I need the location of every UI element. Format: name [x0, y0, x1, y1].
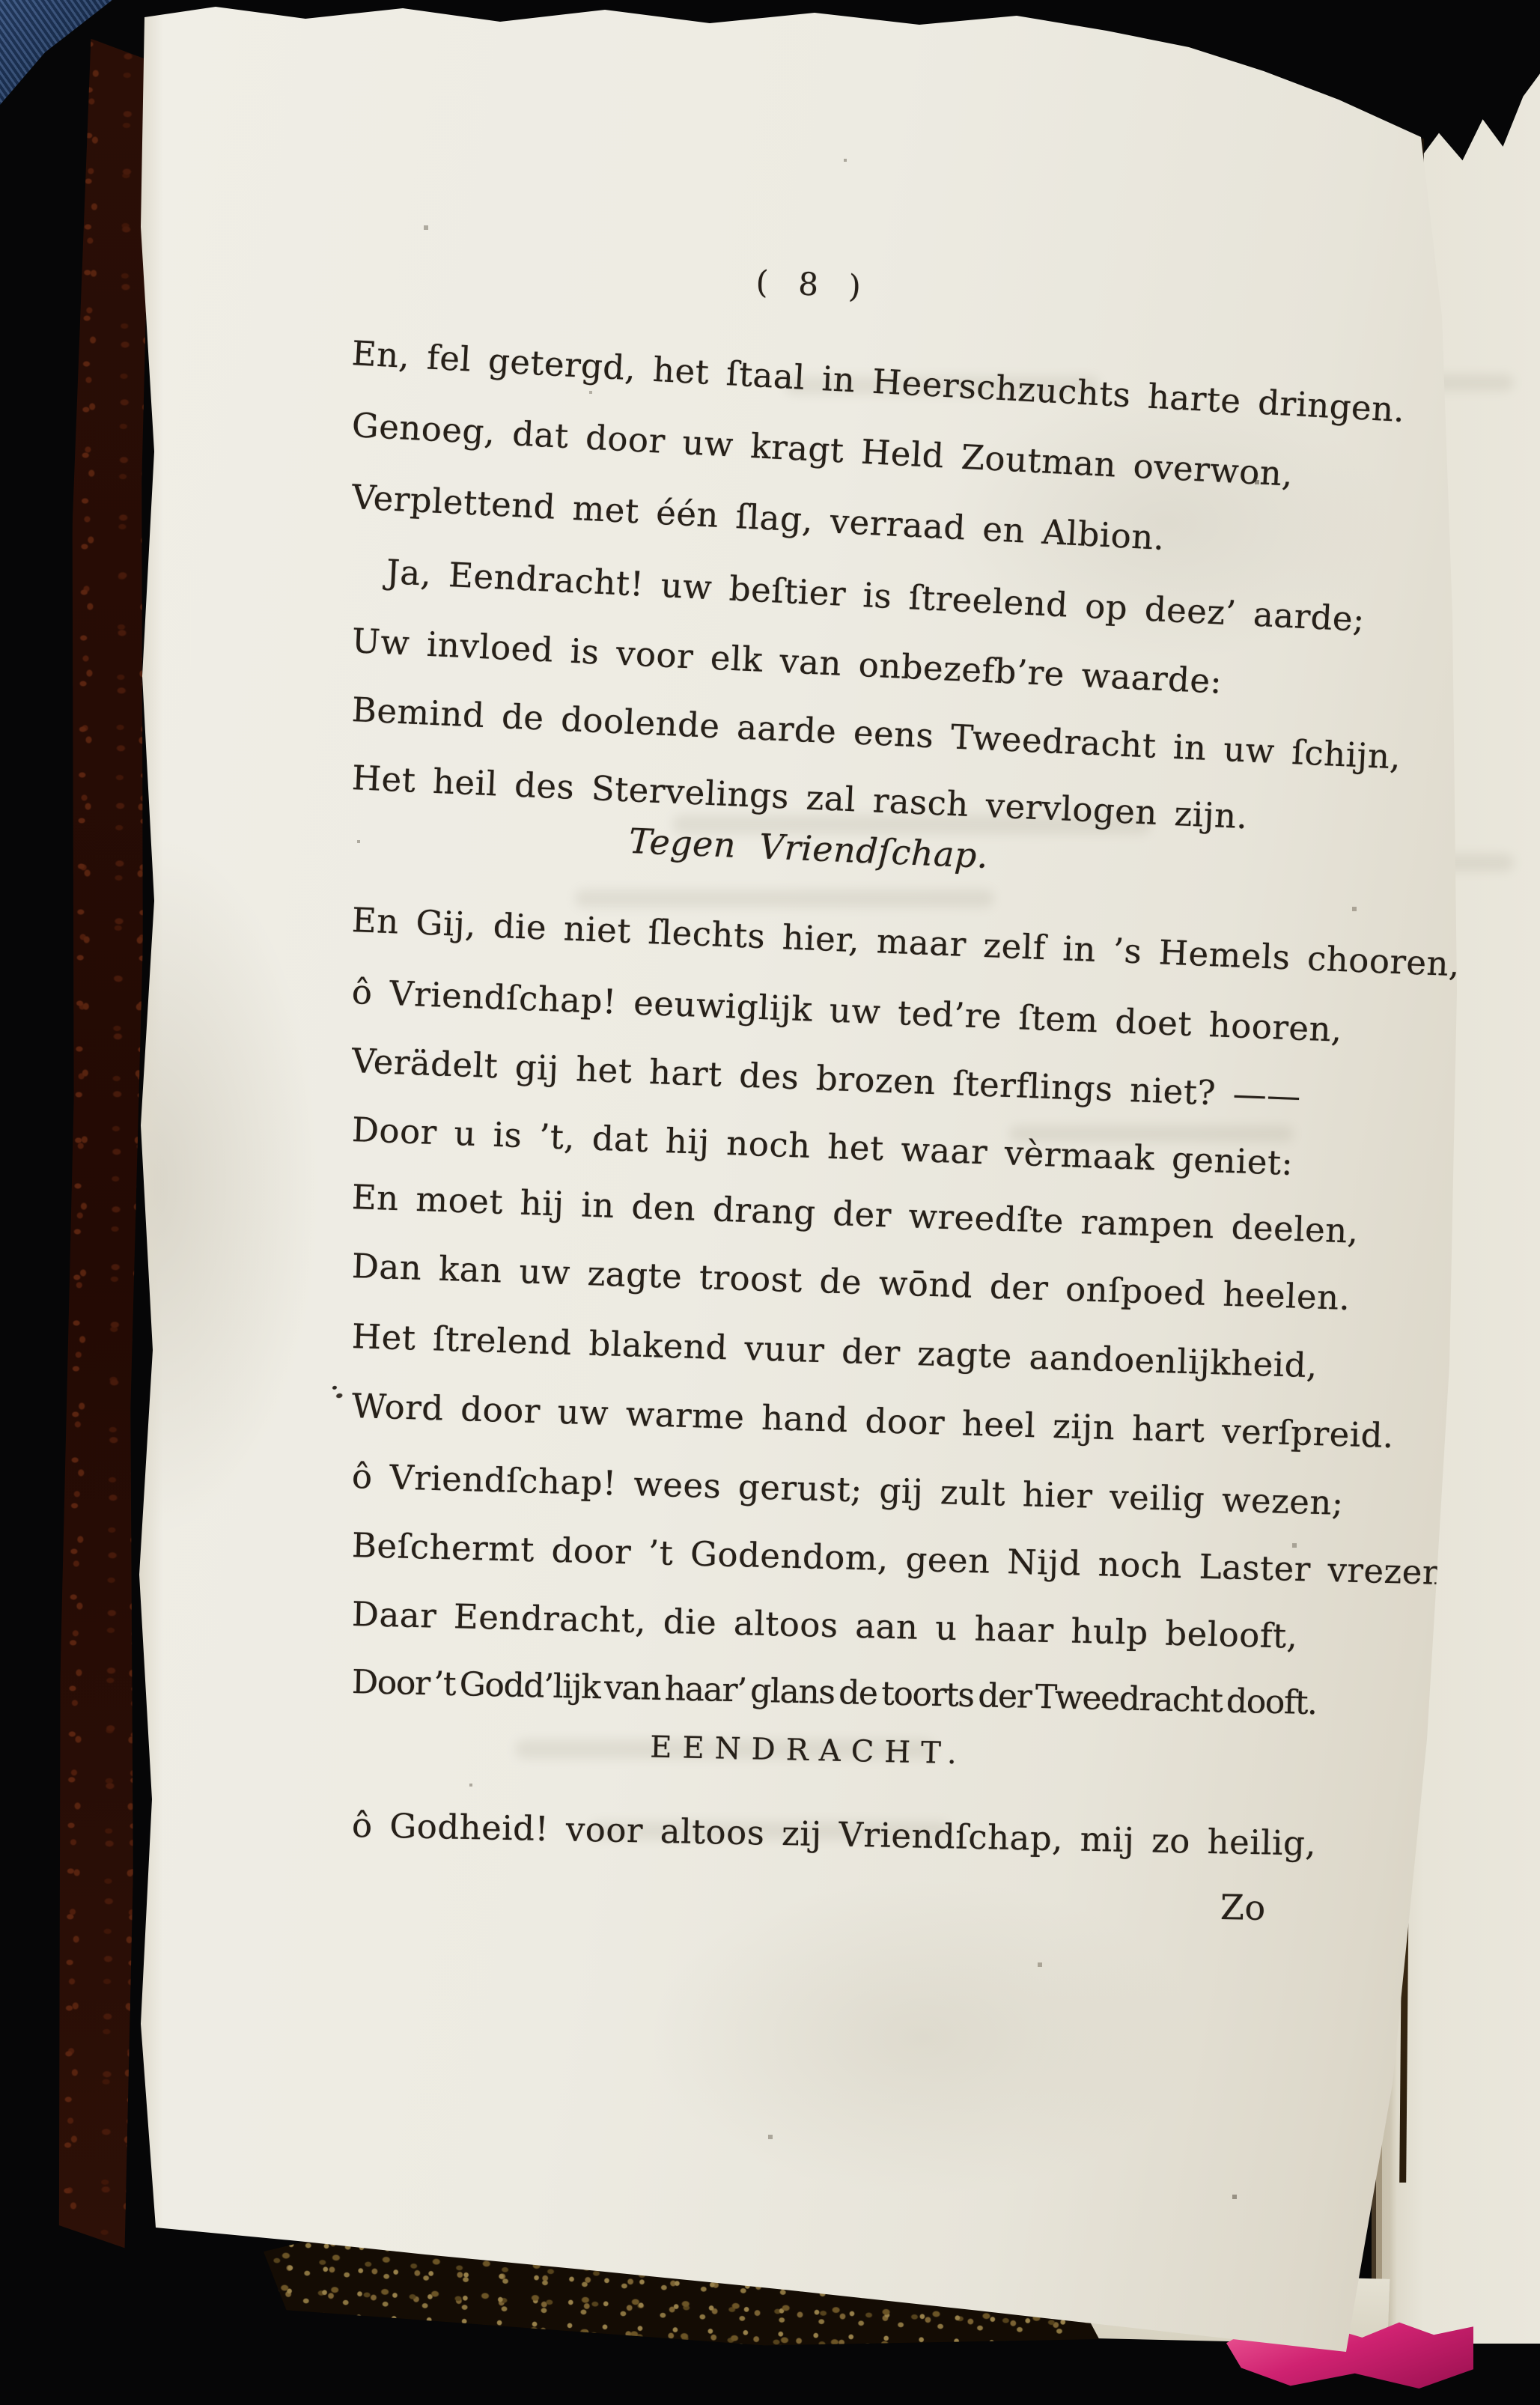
- book-photo: { "photo": { "background_color": "#06060…: [0, 0, 1540, 2405]
- poem-line: ô Vriendſchap! eeuwiglijk uw ted’re ſtem…: [351, 972, 1343, 1050]
- poem-line: En Gij, die niet ſlechts hier, maar zelf…: [351, 900, 1461, 984]
- poem-line: Beſchermt door ’t Godendom, geen Nijd no…: [351, 1525, 1456, 1593]
- catchword: Zo: [1220, 1887, 1266, 1928]
- poem-line: Uw invloed is voor elk van onbezefb’re w…: [351, 621, 1223, 702]
- poem-line: Word door uw warme hand door heel zijn h…: [351, 1386, 1394, 1456]
- poem-line: Verädelt gij het hart des brozen ſterfli…: [351, 1041, 1302, 1116]
- poem-line: Ja, Eendracht! uw beſtier is ſtreelend o…: [386, 552, 1366, 639]
- margin-ink-smudge: [326, 1380, 348, 1406]
- poem-line: Door ’t Godd’lijk van haar’ glans de too…: [351, 1663, 1317, 1722]
- poem-line: Daar Eendracht, die altoos aan u haar hu…: [351, 1594, 1298, 1656]
- poem-line: Door u is ’t, dat hij noch het waar vèrm…: [351, 1110, 1294, 1183]
- poem-line: Bemind de doolende aarde eens Tweedracht…: [351, 690, 1402, 777]
- poem-line: ô Vriendſchap! wees gerust; gij zult hie…: [351, 1456, 1344, 1523]
- book-page: ( 8 ) En, fel getergd, het ſtaal in Heer…: [111, 2, 1466, 2368]
- poem-line: Dan kan uw zagte troost de wōnd der onſp…: [351, 1246, 1351, 1318]
- paper-specks: [111, 2, 112, 4]
- book-binding-edge: [55, 39, 153, 2249]
- poem-line: Genoeg, dat door uw kragt Held Zoutman o…: [351, 405, 1294, 494]
- poem-line: ô Godheid! voor altoos zij Vriendſchap, …: [351, 1805, 1316, 1864]
- poem-line: En moet hij in den drang der wreedſte ra…: [351, 1177, 1359, 1251]
- bleedthrough-text: [575, 890, 994, 907]
- poem-line: Verplettend met één ſlag, verraad en Alb…: [351, 477, 1166, 558]
- poem-line: Het ſtrelend blakend vuur der zagte aand…: [351, 1316, 1318, 1385]
- page-number: ( 8 ): [755, 264, 862, 305]
- section-heading-eendracht: EENDRACHT.: [650, 1730, 967, 1772]
